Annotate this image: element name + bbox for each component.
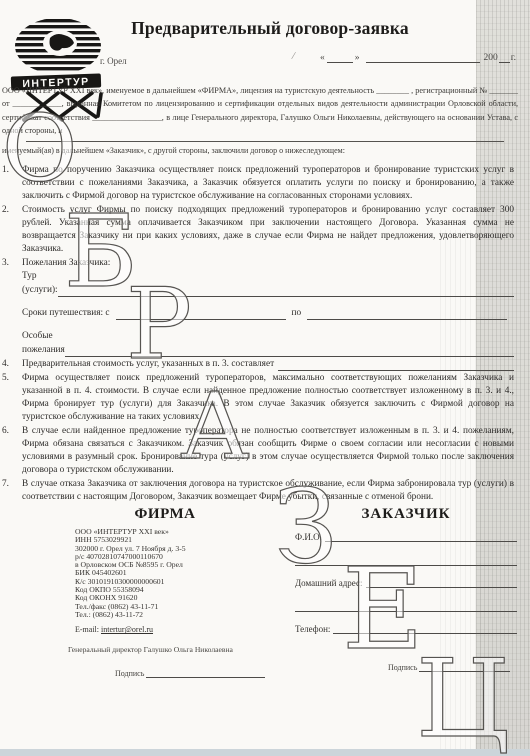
travel-dates-row: Сроки путешествия: с по xyxy=(22,307,514,320)
clause-3: 3. Пожелания Заказчика: Тур (услуги): Ср… xyxy=(2,257,514,357)
scanned-contract-page: ИНТЕРТУР XXI Предварительный договор-зая… xyxy=(0,0,530,756)
clause-5: 5. Фирма осуществляет поиск предложений … xyxy=(2,372,514,424)
clause-4: 4. Предварительная стоимость услуг, указ… xyxy=(2,358,514,371)
tour-services-blank xyxy=(58,286,514,297)
address-row: Домашний адрес: xyxy=(295,577,517,588)
wishes-label: Пожелания Заказчика: xyxy=(22,257,514,270)
clause-number: 2. xyxy=(2,204,22,256)
date-to-blank xyxy=(307,309,507,320)
date-year-suffix: г. xyxy=(511,53,516,63)
scan-artifact: / xyxy=(291,50,296,62)
tour-services-row: (услуги): xyxy=(22,284,514,297)
clause-number: 6. xyxy=(2,425,22,477)
firm-email-line: E-mail: intertur@orel.ru xyxy=(75,625,290,634)
intro-paragraph: ООО «ИНТЕРТУР XXI век», именуемое в даль… xyxy=(2,84,518,138)
date-close-quote: » xyxy=(355,53,360,63)
clause-number: 3. xyxy=(2,257,22,357)
customer-signature-blank xyxy=(419,662,510,672)
email-label: E-mail: xyxy=(75,625,99,634)
firm-details: ООО «ИНТЕРТУР XXI век» ИНН 5753029921 30… xyxy=(75,528,290,619)
clause-1: 1. Фирма по поручению Заказчика осуществ… xyxy=(2,164,514,203)
clause-text: Фирма по поручению Заказчика осуществляе… xyxy=(22,164,514,203)
fio-blank xyxy=(325,531,517,542)
firm-tel: Тел.: (0862) 43-11-72 xyxy=(75,611,290,619)
special-wishes-row: пожелания xyxy=(22,344,514,357)
email-value: intertur@orel.ru xyxy=(101,625,153,634)
fio-blank-line-2 xyxy=(295,555,517,566)
date-open-quote: « xyxy=(320,53,325,63)
clause-text: В случае если найденное предложение туро… xyxy=(22,425,514,477)
date-day-blank xyxy=(327,52,353,63)
clause-text: Предварительная стоимость услуг, указанн… xyxy=(22,358,274,371)
firm-heading: ФИРМА xyxy=(60,506,270,523)
clause-number: 5. xyxy=(2,372,22,424)
page-title: Предварительный договор-заявка xyxy=(90,18,450,39)
address-label: Домашний адрес: xyxy=(295,578,363,588)
phone-blank xyxy=(333,623,517,634)
address-blank xyxy=(366,577,517,588)
clause-6: 6. В случае если найденное предложение т… xyxy=(2,425,514,477)
customer-column: ЗАКАЗЧИК Ф.И.О. Домашний адрес: Телефон:… xyxy=(295,506,517,672)
director-line: Генеральный директор Галушко Ольга Никол… xyxy=(68,645,290,654)
clause-number: 1. xyxy=(2,164,22,203)
firm-signature-label: Подпись xyxy=(115,669,144,678)
clause-7: 7. В случае отказа Заказчика от заключен… xyxy=(2,478,514,504)
clauses-list: 1. Фирма по поручению Заказчика осуществ… xyxy=(2,164,514,505)
customer-signature-row: Подпись xyxy=(388,662,510,672)
customer-heading: ЗАКАЗЧИК xyxy=(295,506,517,523)
dates-to-label: по xyxy=(292,307,302,320)
phone-row: Телефон: xyxy=(295,623,517,634)
clause-text: Стоимость услуг Фирмы по поиску подходящ… xyxy=(22,204,514,256)
clause-text: В случае отказа Заказчика от заключения … xyxy=(22,478,514,504)
dates-from-label: Сроки путешествия: с xyxy=(22,307,110,320)
address-blank-line-2 xyxy=(295,601,517,612)
firm-column: ФИРМА ООО «ИНТЕРТУР XXI век» ИНН 5753029… xyxy=(40,506,290,678)
special-label-2: пожелания xyxy=(22,344,65,357)
date-year: 200 xyxy=(484,53,498,63)
customer-signature-label: Подпись xyxy=(388,663,417,672)
firm-signature-blank xyxy=(146,668,265,678)
tour-services-label: (услуги): xyxy=(22,284,58,297)
clause-2: 2. Стоимость услуг Фирмы по поиску подхо… xyxy=(2,204,514,256)
tour-label: Тур xyxy=(22,270,514,283)
special-wishes-blank xyxy=(65,346,514,357)
party2-line: именуемый(ая) в дальнейшем «Заказчик», с… xyxy=(2,146,518,155)
customer-name-blank-line xyxy=(26,141,504,142)
special-label-1: Особые xyxy=(22,330,514,343)
phone-label: Телефон: xyxy=(295,624,330,634)
clause-number: 7. xyxy=(2,478,22,504)
date-from-blank xyxy=(116,309,286,320)
date-line: « » 200 г. xyxy=(320,52,516,63)
firm-signature-row: Подпись xyxy=(115,668,265,678)
clause-number: 4. xyxy=(2,358,22,371)
fio-row: Ф.И.О. xyxy=(295,531,517,542)
scan-edge-strip xyxy=(0,749,530,756)
date-month-blank xyxy=(366,52,480,63)
fio-label: Ф.И.О. xyxy=(295,532,322,542)
date-year-blank xyxy=(499,52,510,63)
city-label: г. Орел xyxy=(100,56,127,66)
estimated-cost-blank xyxy=(278,361,514,371)
clause-text: Фирма осуществляет поиск предложений тур… xyxy=(22,372,514,424)
